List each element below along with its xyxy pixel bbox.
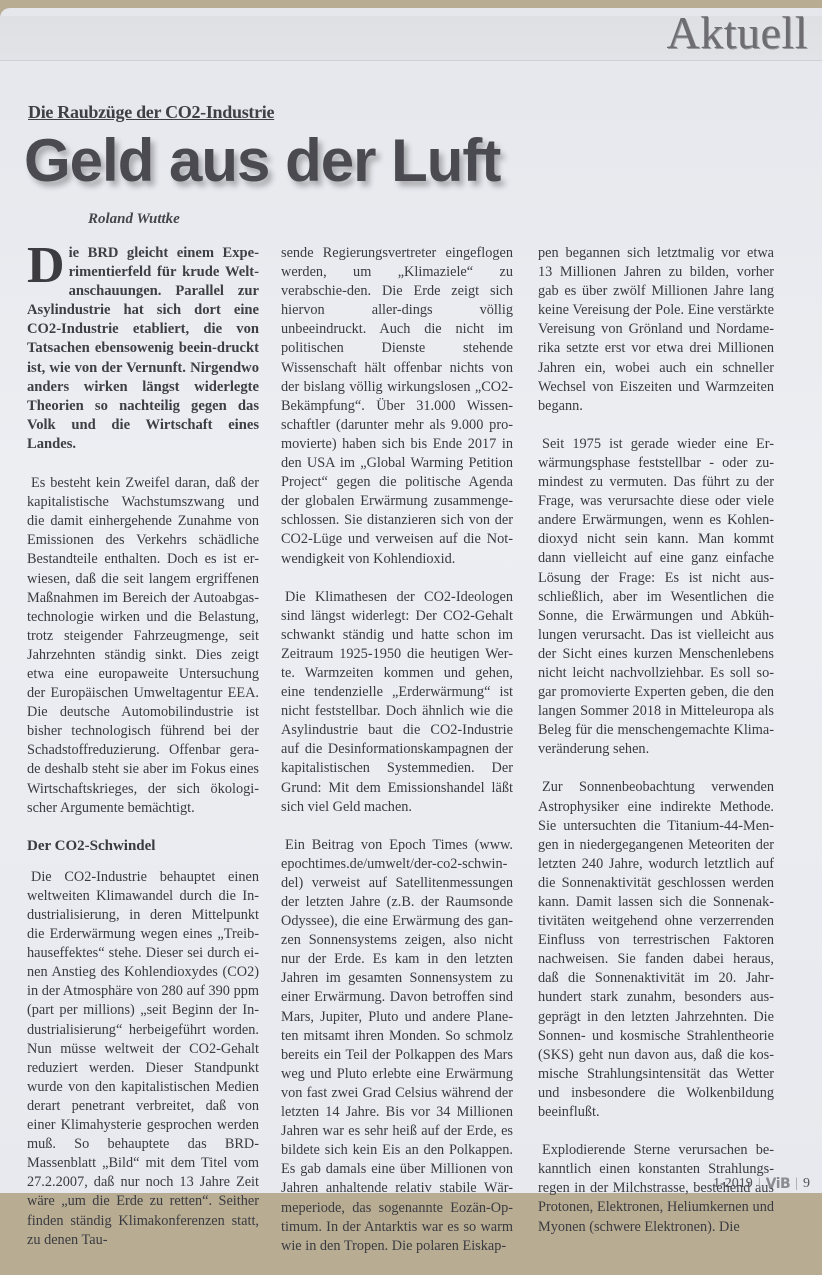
paragraph: Seit 1975 ist gerade wieder eine Er-wärm…: [538, 435, 774, 760]
page-footer: 1-2019 | ViB | 9: [713, 1176, 810, 1192]
magazine-page: Aktuell Die Raubzüge der CO2-Industrie G…: [0, 8, 822, 1193]
paragraph: Ein Beitrag von Epoch Times (www. epocht…: [281, 836, 513, 1199]
article-headline: Geld aus der Luft: [24, 126, 500, 195]
footer-divider: |: [795, 1176, 798, 1192]
footer-divider: |: [758, 1176, 761, 1192]
paragraph: Die Klimathesen der CO2-Ideologen sind l…: [281, 588, 513, 817]
issue-number: 1-2019: [713, 1176, 753, 1192]
section-subheading: Der CO2-Schwindel: [27, 837, 259, 856]
paragraph: Die CO2-Industrie behauptet einen weltwe…: [27, 868, 259, 1199]
article-author: Roland Wuttke: [88, 211, 180, 228]
page-number: 9: [803, 1176, 810, 1192]
text-column-1: Die BRD gleicht einem Expe-rimentierfeld…: [27, 244, 259, 1199]
drop-cap: D: [27, 246, 65, 286]
paragraph: pen begannen sich letztmalig vor etwa 13…: [538, 244, 774, 416]
lead-paragraph: Die BRD gleicht einem Expe-rimentierfeld…: [27, 244, 259, 454]
magazine-logo: ViB: [766, 1176, 791, 1192]
paragraph: Es besteht kein Zweifel daran, daß der k…: [27, 474, 259, 818]
paragraph: sende Regierungsvertreter eingeflogen we…: [281, 244, 513, 569]
paragraph: Zur Sonnenbeobachtung verwenden Astrophy…: [538, 778, 774, 1122]
text-column-3: pen begannen sich letztmalig vor etwa 13…: [538, 244, 774, 1199]
article-kicker: Die Raubzüge der CO2-Industrie: [28, 102, 274, 123]
section-label: Aktuell: [667, 6, 808, 59]
text-column-2: sende Regierungsvertreter eingeflogen we…: [281, 244, 513, 1199]
